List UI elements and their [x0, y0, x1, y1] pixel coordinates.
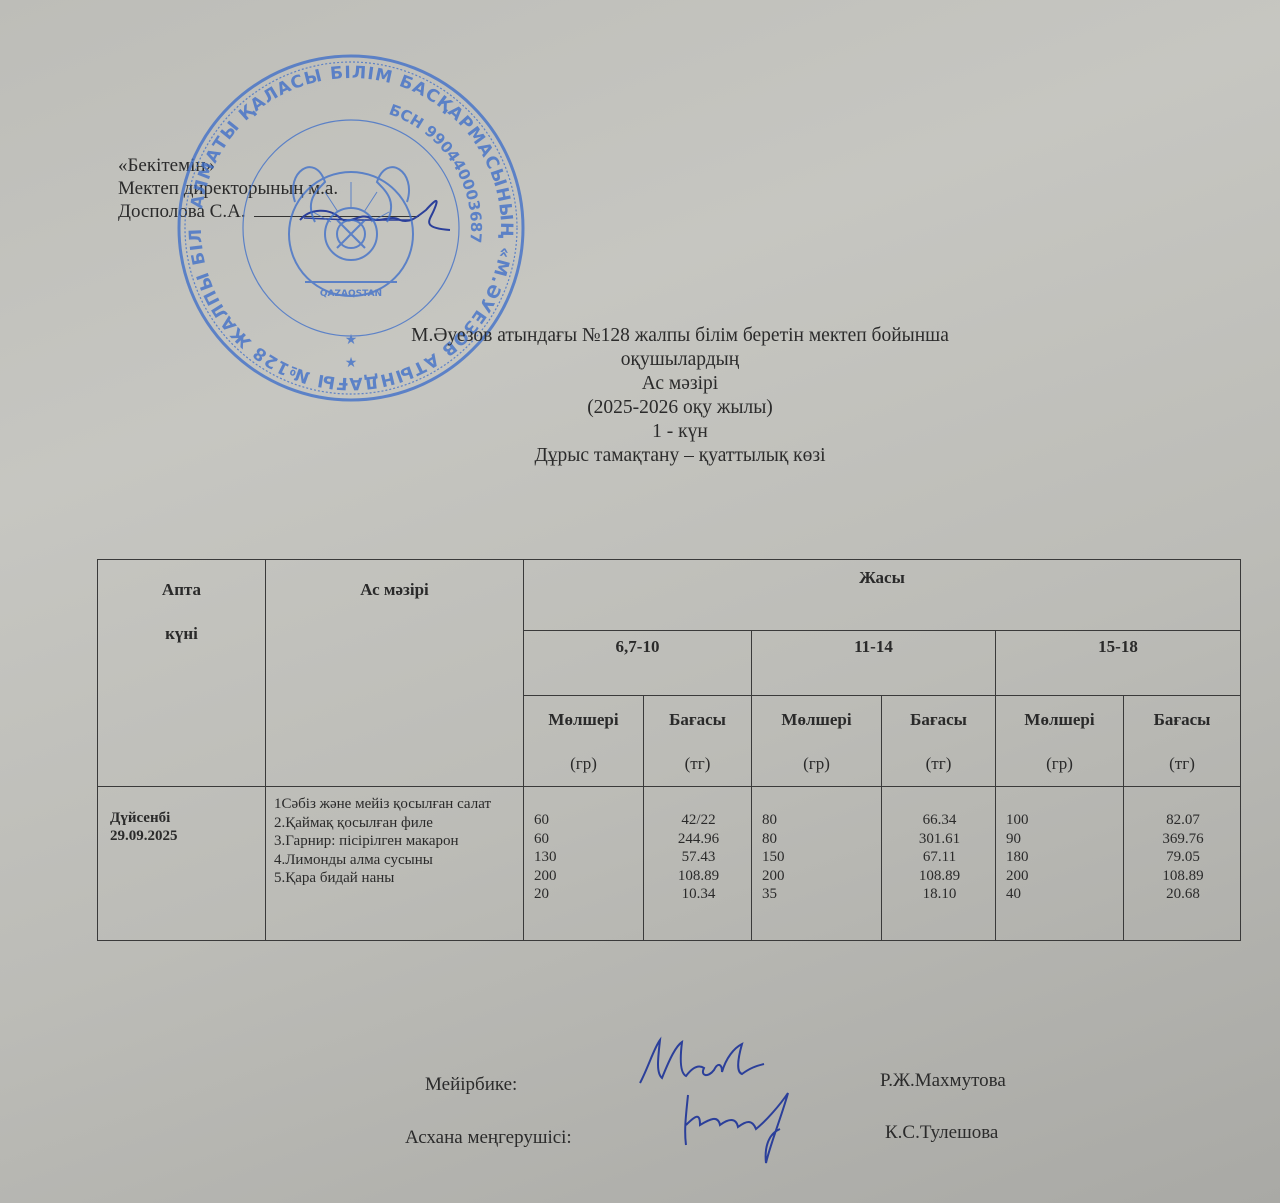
g1-amount-cell: 606013020020	[524, 787, 644, 941]
title-line-students: оқушылардың	[340, 348, 1020, 372]
dish-item: 5.Қара бидай наны	[274, 869, 519, 888]
dish-item: 4.Лимонды алма сусыны	[274, 851, 519, 870]
title-line-school: М.Әуезов атындағы №128 жалпы білім берет…	[340, 324, 1020, 348]
dish-item: 3.Гарнир: пісірілген макарон	[274, 832, 519, 851]
g3-price-cell: 82.07369.7679.05108.8920.68	[1124, 787, 1241, 941]
dish-item: 2.Қаймақ қосылған филе	[274, 814, 519, 833]
header-amount: Мөлшері(гр)	[524, 696, 644, 787]
stamp-emblem-label: QAZAQSTAN	[320, 289, 382, 299]
weekday: Дүйсенбі	[110, 809, 265, 827]
nurse-name: Р.Ж.Махмутова	[880, 1070, 1006, 1092]
canteen-head-role: Асхана меңгерушісі:	[405, 1127, 572, 1149]
header-menu: Ас мәзірі	[266, 560, 524, 787]
header-amount: Мөлшері(гр)	[752, 696, 882, 787]
approval-name: Досполова С.А.	[118, 201, 246, 222]
nurse-signature	[630, 1028, 780, 1098]
canteen-head-name: К.С.Тулешова	[885, 1122, 998, 1144]
g2-price-cell: 66.34301.6167.11108.8918.10	[882, 787, 996, 941]
g1-price-cell: 42/22244.9657.43108.8910.34	[644, 787, 752, 941]
header-price: Бағасы(тг)	[644, 696, 752, 787]
date: 29.09.2025	[110, 827, 265, 845]
g2-amount-cell: 808015020035	[752, 787, 882, 941]
signature-line	[254, 202, 419, 217]
dish-item: 1Сәбіз және мейіз қосылған салат	[274, 795, 519, 814]
header-weekday: Апта күні	[98, 560, 266, 787]
approval-block: «Бекітемін» Мектеп директорының м.а. Дос…	[118, 154, 419, 223]
document-title: М.Әуезов атындағы №128 жалпы білім берет…	[340, 324, 1020, 468]
header-age: Жасы	[524, 560, 1241, 631]
approval-position: Мектеп директорының м.а.	[118, 177, 419, 200]
header-price: Бағасы(тг)	[1124, 696, 1241, 787]
title-line-year: (2025-2026 оқу жылы)	[340, 396, 1020, 420]
g3-amount-cell: 1009018020040	[996, 787, 1124, 941]
dishes-cell: 1Сәбіз және мейіз қосылған салат 2.Қайма…	[266, 787, 524, 941]
header-price: Бағасы(тг)	[882, 696, 996, 787]
title-line-menu: Ас мәзірі	[340, 372, 1020, 396]
header-age-group-3: 15-18	[996, 631, 1241, 696]
table-row: Дүйсенбі 29.09.2025 1Сәбіз және мейіз қо…	[98, 787, 1241, 941]
header-age-group-2: 11-14	[752, 631, 996, 696]
canteen-head-signature	[670, 1085, 810, 1165]
menu-table: Апта күні Ас мәзірі Жасы 6,7-10 11-14 15…	[97, 559, 1241, 941]
nurse-role: Мейірбике:	[425, 1074, 517, 1096]
approval-label: «Бекітемін»	[118, 154, 419, 177]
day-cell: Дүйсенбі 29.09.2025	[98, 787, 266, 941]
title-line-slogan: Дұрыс тамақтану – қуаттылық көзі	[340, 444, 1020, 468]
title-line-day: 1 - күн	[340, 420, 1020, 444]
approval-name-line: Досполова С.А.	[118, 200, 419, 223]
header-age-group-1: 6,7-10	[524, 631, 752, 696]
header-amount: Мөлшері(гр)	[996, 696, 1124, 787]
